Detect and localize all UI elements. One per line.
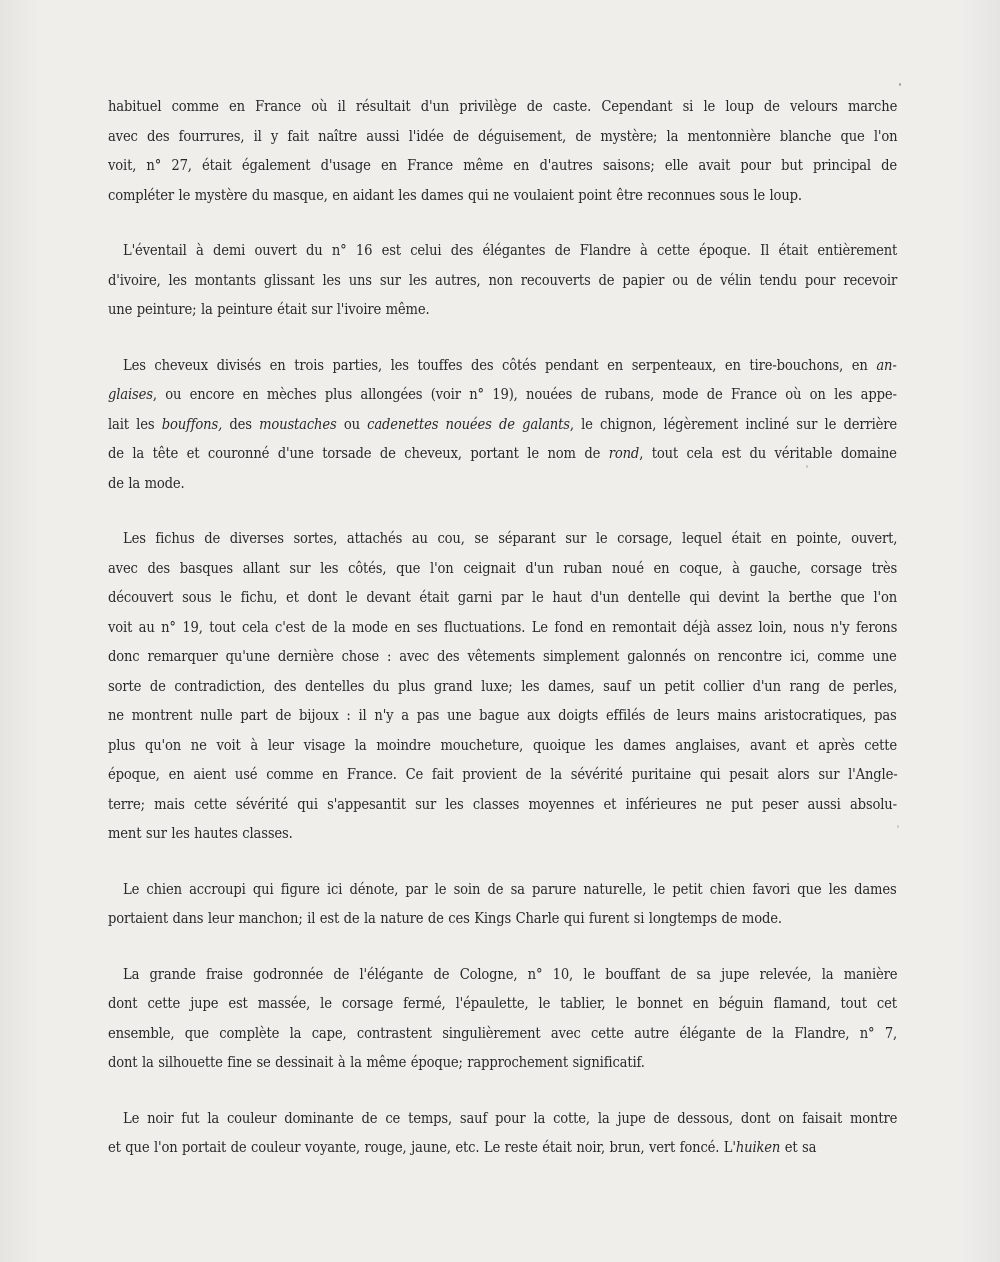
text-segment: découvert sous le fichu, et dont le deva… bbox=[108, 589, 897, 606]
text-segment: La grande fraise godronnée de l'élégante… bbox=[123, 966, 897, 983]
text-line: terre; mais cette sévérité qui s'appesan… bbox=[108, 790, 897, 820]
text-line: ne montrent nulle part de bijoux : il n'… bbox=[108, 701, 897, 731]
paragraph: L'éventail à demi ouvert du n° 16 est ce… bbox=[108, 236, 897, 325]
paragraph: habituel comme en France où il résultait… bbox=[108, 92, 897, 210]
text-segment: L'éventail à demi ouvert du n° 16 est ce… bbox=[123, 242, 897, 259]
text-line: glaises, ou encore en mèches plus allong… bbox=[108, 380, 897, 410]
text-segment: Le chien accroupi qui figure ici dénote,… bbox=[123, 881, 897, 898]
text-line: donc remarquer qu'une dernière chose : a… bbox=[108, 642, 897, 672]
italic-term: glaises bbox=[108, 386, 153, 403]
text-segment: voit au n° 19, tout cela c'est de la mod… bbox=[108, 619, 897, 636]
text-segment: lait les bbox=[108, 416, 162, 433]
text-segment: une peinture; la peinture était sur l'iv… bbox=[108, 301, 429, 318]
text-line: lait les bouffons, des moustaches ou cad… bbox=[108, 410, 897, 440]
scanned-page: habituel comme en France où il résultait… bbox=[0, 0, 1000, 1262]
text-segment: ment sur les hautes classes. bbox=[108, 825, 293, 842]
italic-term: rond bbox=[609, 445, 639, 462]
text-segment: sorte de contradiction, des dentelles du… bbox=[108, 678, 897, 695]
text-segment: , tout cela est du véritable domaine bbox=[639, 445, 897, 462]
text-segment: Les fichus de diverses sortes, attachés … bbox=[123, 530, 897, 547]
text-segment: avec des basques allant sur les côtés, q… bbox=[108, 560, 897, 577]
italic-term: an- bbox=[876, 357, 896, 374]
text-segment: , ou encore en mèches plus allongées (vo… bbox=[153, 386, 897, 403]
text-segment: dont la silhouette fine se dessinait à l… bbox=[108, 1054, 645, 1071]
italic-term: bouffons, bbox=[162, 416, 222, 433]
text-segment: Les cheveux divisés en trois parties, le… bbox=[123, 357, 876, 374]
text-segment: des bbox=[222, 416, 259, 433]
text-line: découvert sous le fichu, et dont le deva… bbox=[108, 583, 897, 613]
text-line: d'ivoire, les montants glissant les uns … bbox=[108, 266, 897, 296]
text-segment: voit, n° 27, était également d'usage en … bbox=[108, 157, 897, 174]
text-segment: ne montrent nulle part de bijoux : il n'… bbox=[108, 707, 897, 724]
text-line: Le noir fut la couleur dominante de ce t… bbox=[108, 1104, 897, 1134]
text-segment: Le noir fut la couleur dominante de ce t… bbox=[123, 1110, 897, 1127]
text-line: avec des basques allant sur les côtés, q… bbox=[108, 554, 897, 584]
body-text: habituel comme en France où il résultait… bbox=[108, 92, 897, 1189]
text-segment: donc remarquer qu'une dernière chose : a… bbox=[108, 648, 897, 665]
text-line: de la mode. bbox=[108, 469, 897, 499]
text-line: dont cette jupe est massée, le corsage f… bbox=[108, 989, 897, 1019]
paragraph: La grande fraise godronnée de l'élégante… bbox=[108, 960, 897, 1078]
text-segment: compléter le mystère du masque, en aidan… bbox=[108, 187, 802, 204]
ink-speck bbox=[899, 83, 901, 86]
paragraph: Le noir fut la couleur dominante de ce t… bbox=[108, 1104, 897, 1163]
text-line: Les fichus de diverses sortes, attachés … bbox=[108, 524, 897, 554]
text-line: habituel comme en France où il résultait… bbox=[108, 92, 897, 122]
text-segment: dont cette jupe est massée, le corsage f… bbox=[108, 995, 897, 1012]
text-line: voit au n° 19, tout cela c'est de la mod… bbox=[108, 613, 897, 643]
text-segment: et sa bbox=[780, 1139, 816, 1156]
italic-term: huiken bbox=[736, 1139, 780, 1156]
text-line: avec des fourrures, il y fait naître aus… bbox=[108, 122, 897, 152]
text-segment: ou bbox=[337, 416, 368, 433]
text-line: de la tête et couronné d'une torsade de … bbox=[108, 439, 897, 469]
text-line: L'éventail à demi ouvert du n° 16 est ce… bbox=[108, 236, 897, 266]
text-line: Les cheveux divisés en trois parties, le… bbox=[108, 351, 897, 381]
text-line: sorte de contradiction, des dentelles du… bbox=[108, 672, 897, 702]
text-segment: portaient dans leur manchon; il est de l… bbox=[108, 910, 782, 927]
italic-term: cadenettes nouées de galants bbox=[367, 416, 570, 433]
text-line: compléter le mystère du masque, en aidan… bbox=[108, 181, 897, 211]
text-segment: époque, en aient usé comme en France. Ce… bbox=[108, 766, 897, 783]
ink-speck bbox=[897, 825, 899, 828]
text-line: voit, n° 27, était également d'usage en … bbox=[108, 151, 897, 181]
text-segment: d'ivoire, les montants glissant les uns … bbox=[108, 272, 897, 289]
italic-term: moustaches bbox=[259, 416, 336, 433]
text-segment: de la tête et couronné d'une torsade de … bbox=[108, 445, 609, 462]
paragraph: Les fichus de diverses sortes, attachés … bbox=[108, 524, 897, 849]
text-segment: plus qu'on ne voit à leur visage la moin… bbox=[108, 737, 897, 754]
paragraph: Le chien accroupi qui figure ici dénote,… bbox=[108, 875, 897, 934]
text-segment: avec des fourrures, il y fait naître aus… bbox=[108, 128, 897, 145]
text-segment: de la mode. bbox=[108, 475, 185, 492]
text-segment: terre; mais cette sévérité qui s'appesan… bbox=[108, 796, 897, 813]
text-line: et que l'on portait de couleur voyante, … bbox=[108, 1133, 897, 1163]
text-line: époque, en aient usé comme en France. Ce… bbox=[108, 760, 897, 790]
paragraph: Les cheveux divisés en trois parties, le… bbox=[108, 351, 897, 499]
text-line: portaient dans leur manchon; il est de l… bbox=[108, 904, 897, 934]
text-line: une peinture; la peinture était sur l'iv… bbox=[108, 295, 897, 325]
text-line: Le chien accroupi qui figure ici dénote,… bbox=[108, 875, 897, 905]
text-segment: , le chignon, légèrement incliné sur le … bbox=[570, 416, 897, 433]
text-segment: et que l'on portait de couleur voyante, … bbox=[108, 1139, 736, 1156]
text-line: plus qu'on ne voit à leur visage la moin… bbox=[108, 731, 897, 761]
text-line: La grande fraise godronnée de l'élégante… bbox=[108, 960, 897, 990]
text-segment: ensemble, que complète la cape, contrast… bbox=[108, 1025, 897, 1042]
text-segment: habituel comme en France où il résultait… bbox=[108, 98, 897, 115]
text-line: ment sur les hautes classes. bbox=[108, 819, 897, 849]
text-line: dont la silhouette fine se dessinait à l… bbox=[108, 1048, 897, 1078]
text-line: ensemble, que complète la cape, contrast… bbox=[108, 1019, 897, 1049]
